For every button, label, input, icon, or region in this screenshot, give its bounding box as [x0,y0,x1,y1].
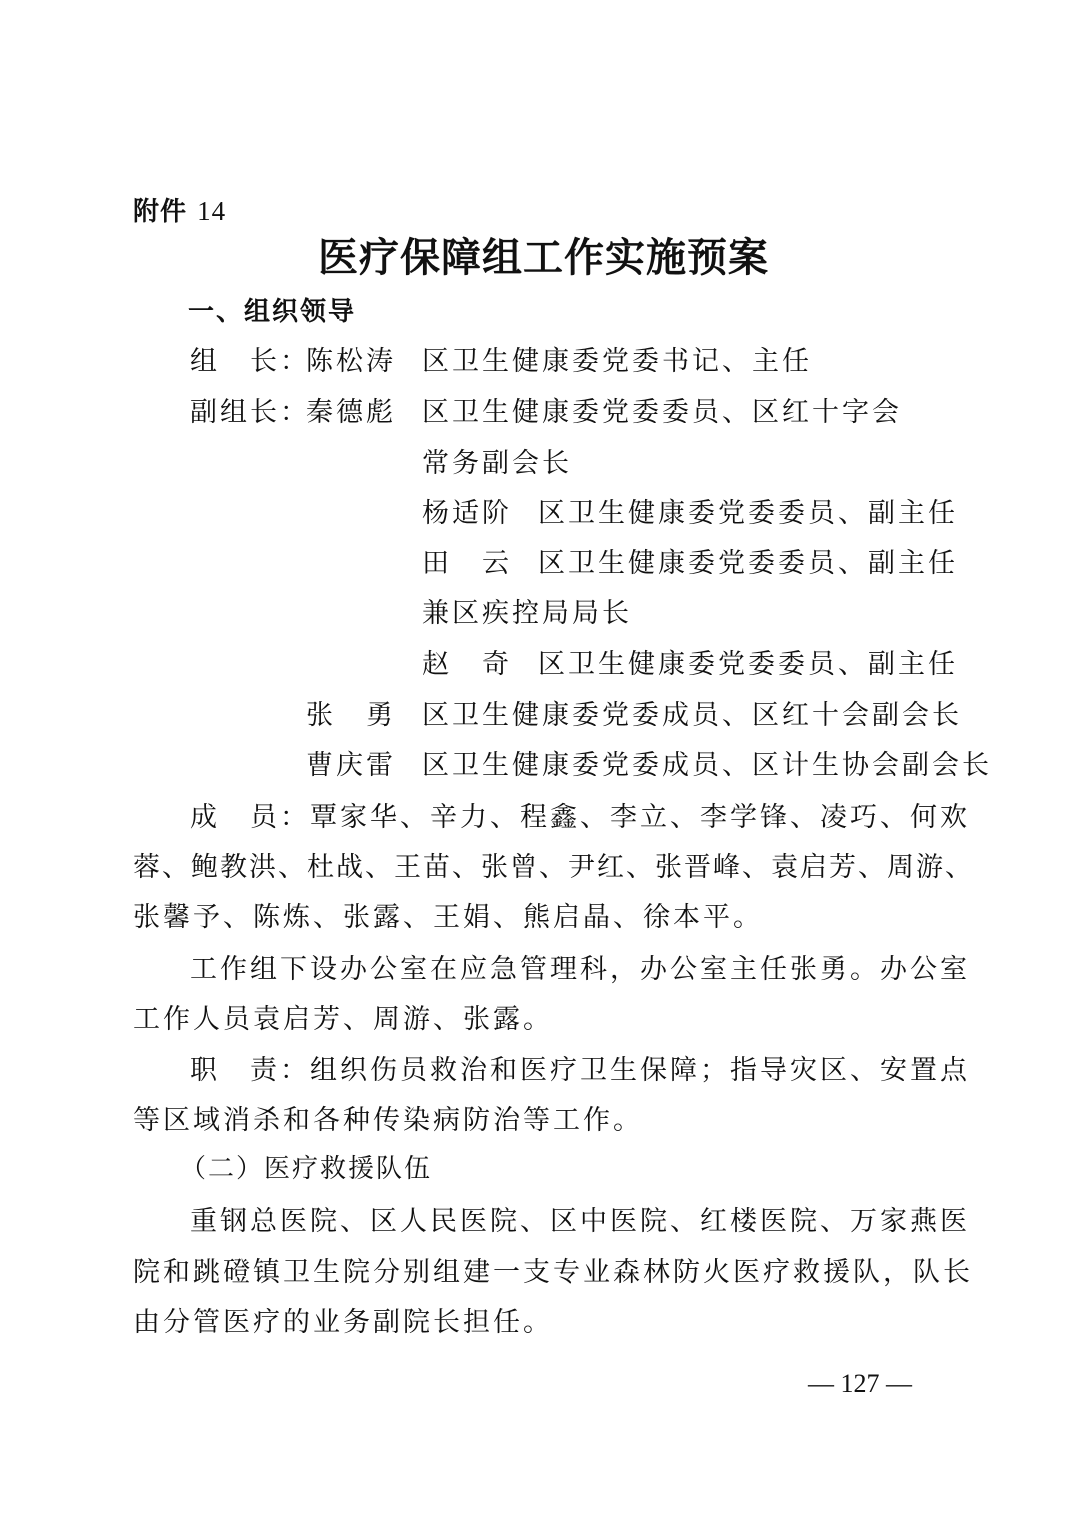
leader-position: 区卫生健康委党委书记、主任 [422,346,812,378]
members-line: 成 员：覃家华、辛力、程鑫、李立、李学锋、凌巧、何欢 [190,802,970,834]
deputy-position: 区卫生健康委党委成员、区计生协会副会长 [422,750,992,782]
deputy-name: 田 云 [422,548,512,580]
deputy-position: 区卫生健康委党委委员、副主任 [538,649,958,681]
rescue-paragraph-line: 由分管医疗的业务副院长担任。 [133,1307,553,1339]
deputy-position: 区卫生健康委党委委员、副主任 [538,498,958,530]
deputy-position: 区卫生健康委党委成员、区红十会副会长 [422,700,962,732]
deputy-name: 张 勇 [306,700,396,732]
attachment-text: 附件 [133,197,187,227]
duties-paragraph-line: 等区域消杀和各种传染病防治等工作。 [133,1105,643,1137]
document-page: 附件 14 医疗保障组工作实施预案 一、组织领导 组 长： 陈松涛 区卫生健康委… [0,0,1074,1520]
deputy-name: 秦德彪 [306,397,396,429]
office-paragraph-line: 工作组下设办公室在应急管理科，办公室主任张勇。办公室 [190,954,970,986]
page-number: — 127 — [808,1368,912,1400]
page-title: 医疗保障组工作实施预案 [318,234,769,282]
deputy-name: 曹庆雷 [306,750,396,782]
section-heading-rescue-team: （二）医疗救援队伍 [180,1153,432,1185]
duties-paragraph-line: 职 责：组织伤员救治和医疗卫生保障；指导灾区、安置点 [190,1055,970,1087]
leader-name: 陈松涛 [306,346,396,378]
rescue-paragraph-line: 院和跳磴镇卫生院分别组建一支专业森林防火医疗救援队，队长 [133,1257,973,1289]
office-paragraph-line: 工作人员袁启芳、周游、张露。 [133,1004,553,1036]
members-line: 蓉、鲍教洪、杜战、王苗、张曾、尹红、张晋峰、袁启芳、周游、 [133,852,974,884]
deputy-position: 区卫生健康委党委委员、区红十字会 [422,397,902,429]
leader-role: 组 长： [190,346,310,378]
deputy-position-cont: 常务副会长 [422,448,572,480]
rescue-paragraph-line: 重钢总医院、区人民医院、区中医院、红楼医院、万家燕医 [190,1206,970,1238]
deputy-name: 杨适阶 [422,498,512,530]
attachment-number: 14 [197,196,226,226]
section-heading-organization: 一、组织领导 [188,296,356,328]
deputy-role: 副组长： [190,397,310,429]
members-line: 张馨予、陈炼、张露、王娟、熊启晶、徐本平。 [133,902,763,934]
deputy-position: 区卫生健康委党委委员、副主任 [538,548,958,580]
deputy-position-cont: 兼区疾控局局长 [422,598,632,630]
deputy-name: 赵 奇 [422,649,512,681]
attachment-label: 附件 14 [133,195,226,228]
